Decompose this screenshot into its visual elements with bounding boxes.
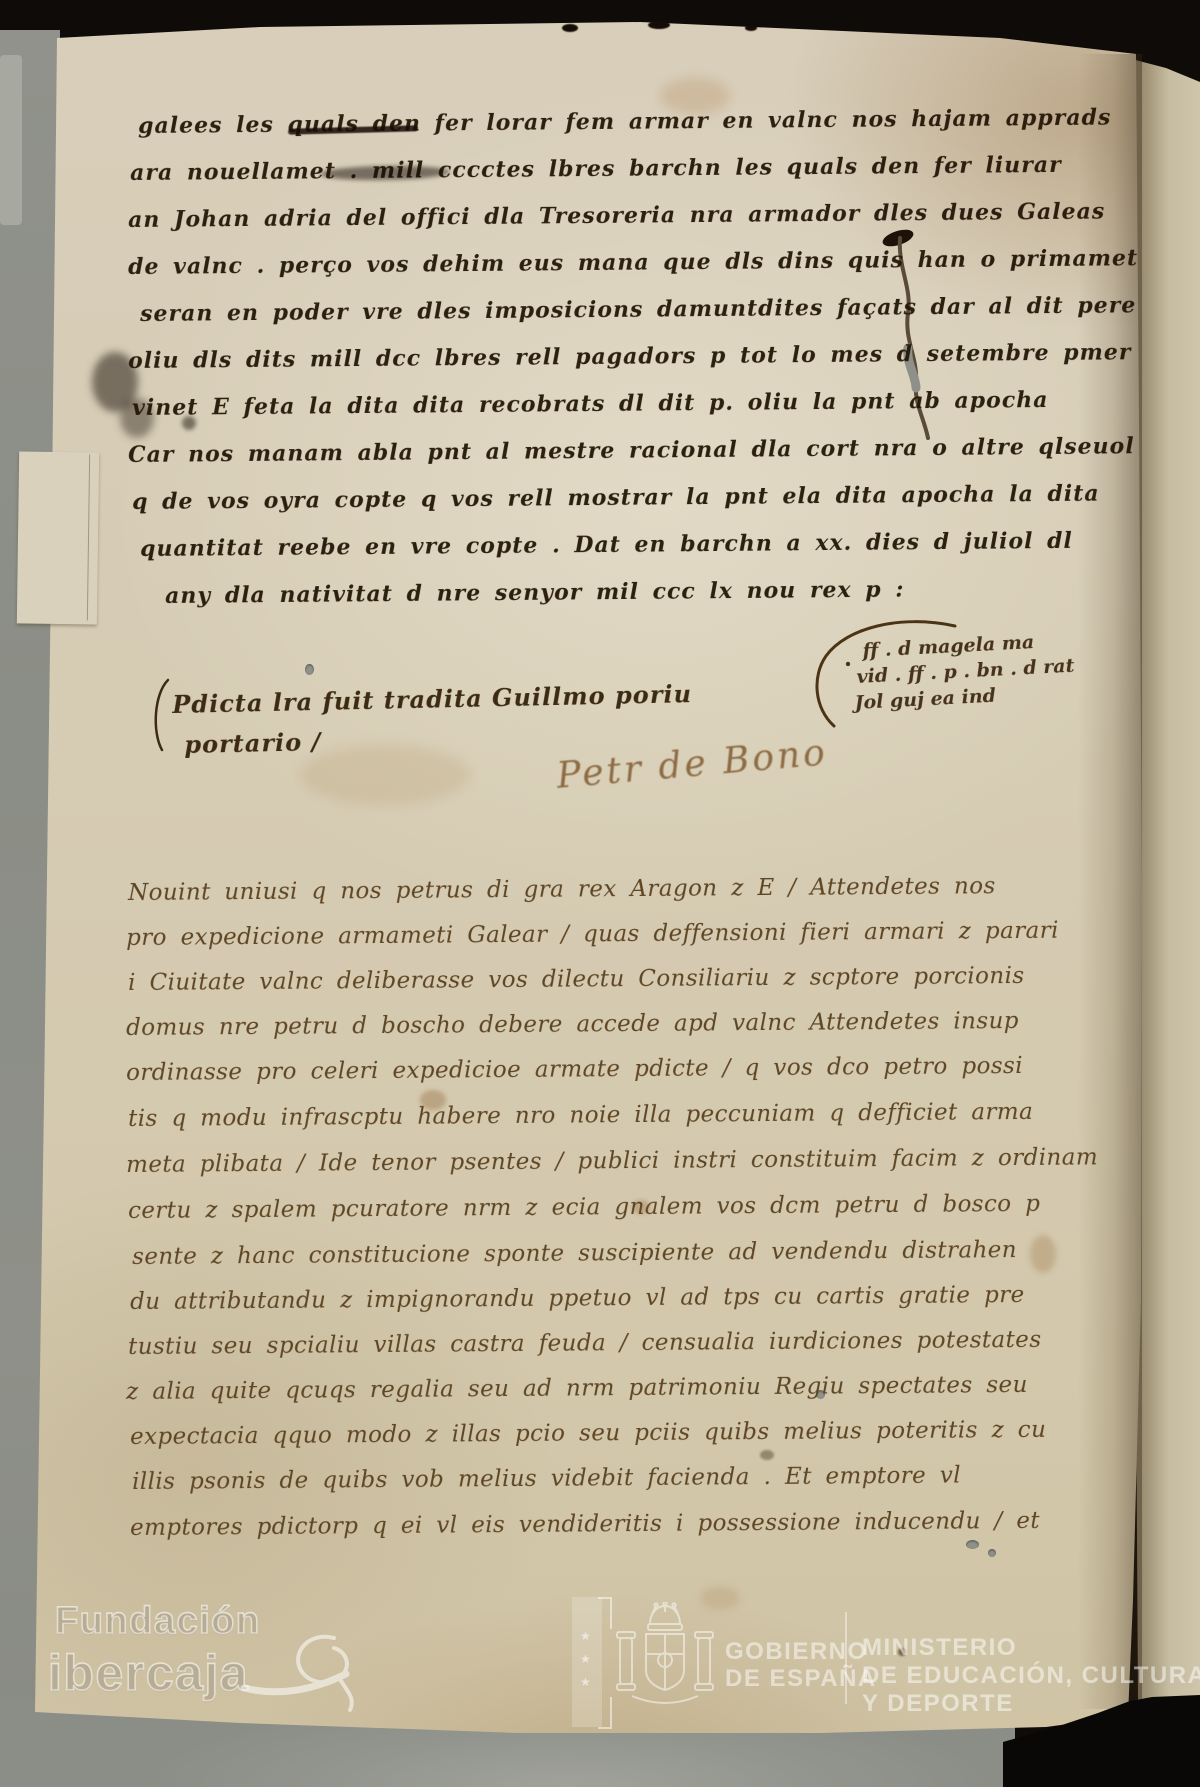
- paper-repair-tab: [17, 451, 99, 624]
- bracket-icon: [146, 676, 172, 754]
- stain: [300, 745, 470, 805]
- foam-support: [0, 55, 22, 225]
- edge-burn-speck: [562, 24, 578, 32]
- flag-bracket-top: [598, 1597, 612, 1629]
- ministry-watermark-line2: DE EDUCACIÓN, CULTURA: [862, 1662, 1200, 1690]
- ministry-watermark-line1: MINISTERIO: [862, 1634, 1017, 1662]
- star-icon: ★: [580, 1652, 591, 1666]
- pinhole: [966, 1540, 979, 1549]
- ibercaja-watermark-line1: Fundación: [55, 1600, 261, 1643]
- pinhole: [305, 664, 314, 675]
- delivery-note-line: portario /: [184, 727, 322, 759]
- spain-coat-of-arms-icon: [612, 1602, 718, 1714]
- edge-burn-speck: [648, 21, 670, 29]
- ibercaja-watermark-line2: ibercaja: [48, 1644, 249, 1702]
- star-icon: ★: [580, 1629, 591, 1643]
- edge-burn-speck: [745, 25, 757, 31]
- government-watermark-line2: DE ESPAÑA: [725, 1665, 877, 1693]
- archival-photo: galees les quals den fer lorar fem armar…: [0, 0, 1200, 1787]
- stain: [1030, 1235, 1056, 1273]
- ministry-watermark-line3: Y DEPORTE: [862, 1690, 1014, 1718]
- star-icon: ★: [580, 1675, 591, 1689]
- watermark-divider: [845, 1612, 847, 1704]
- stain: [760, 1450, 774, 1460]
- ibercaja-bird-swoosh-icon: [238, 1626, 362, 1722]
- flag-bracket-bottom: [598, 1697, 612, 1729]
- pinhole: [988, 1549, 996, 1557]
- tab-crease: [87, 454, 90, 620]
